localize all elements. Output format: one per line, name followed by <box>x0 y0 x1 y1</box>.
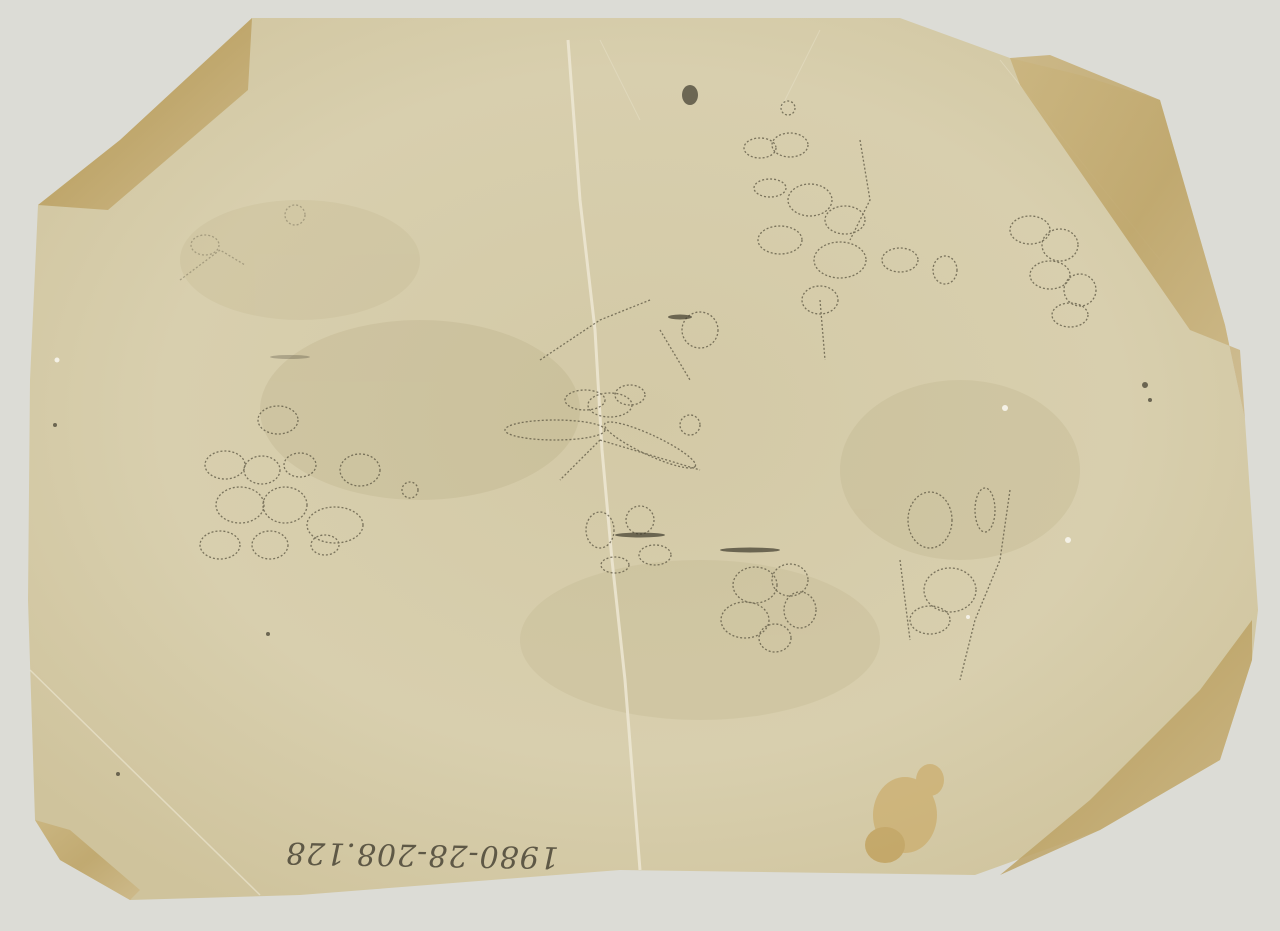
accession-number-inscription: 1980-28-208.128 <box>262 829 583 879</box>
photograph: 1980-28-208.128 <box>0 0 1280 931</box>
paper-sheet-artwork <box>0 0 1280 931</box>
